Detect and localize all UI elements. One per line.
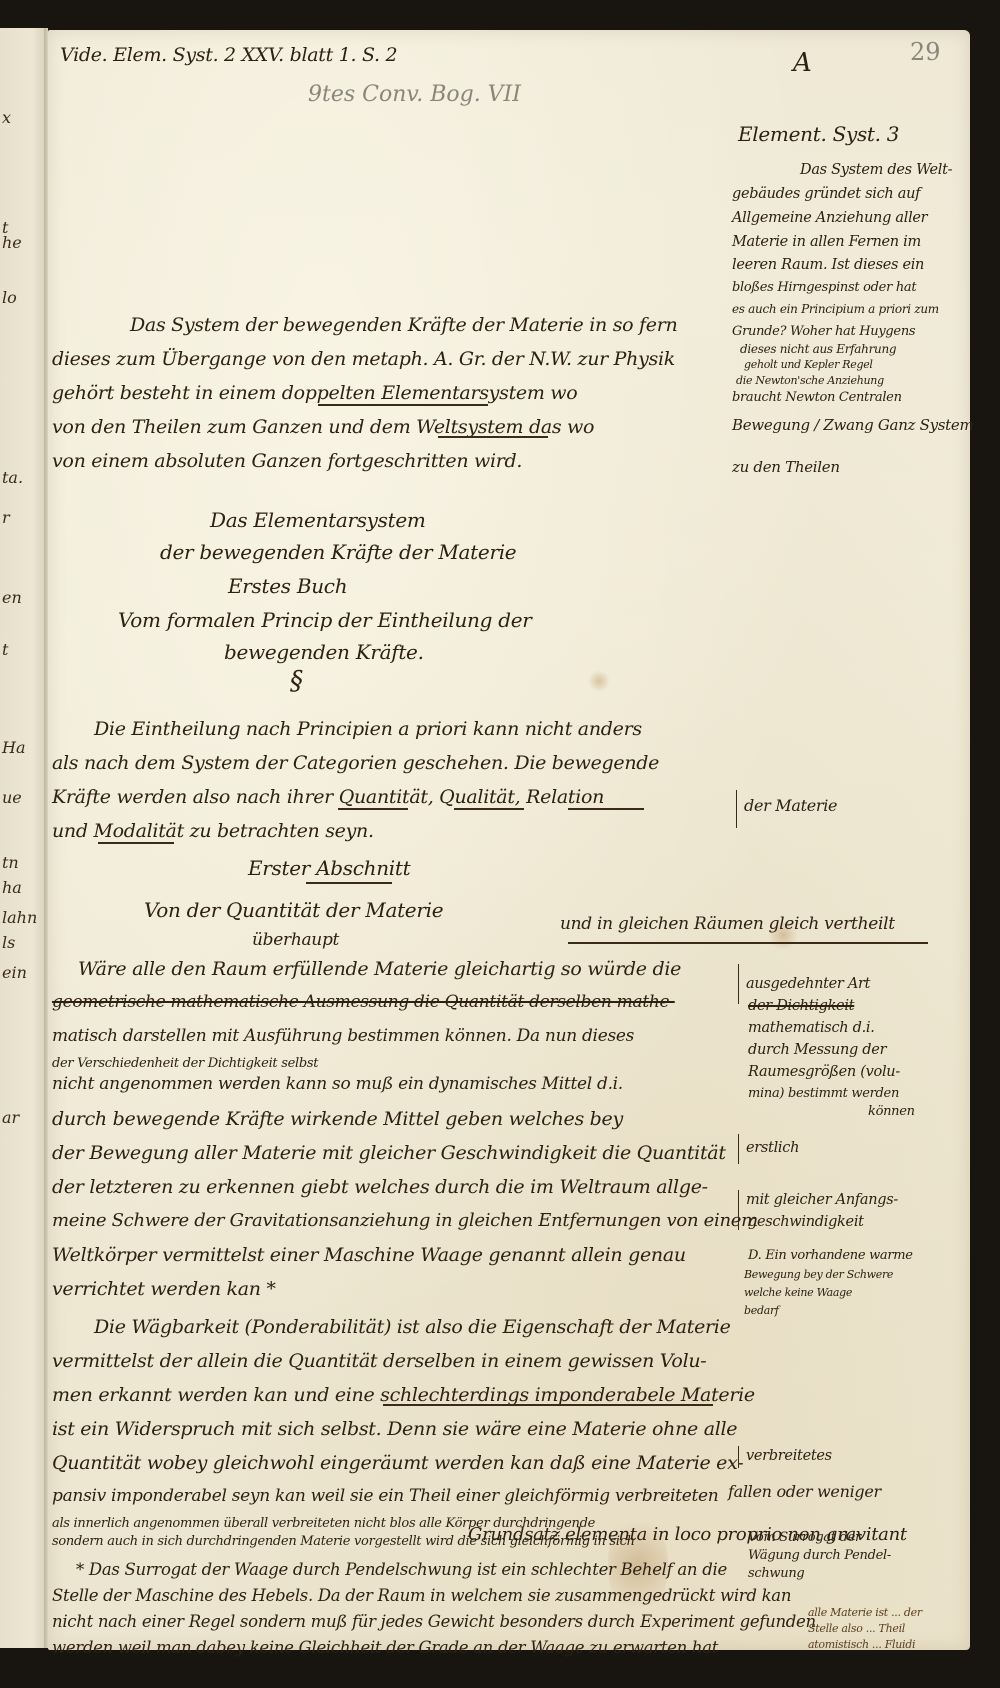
section-subtitle-2: überhaupt xyxy=(252,930,339,950)
margin-line: welche keine Waage xyxy=(744,1286,852,1299)
intro-line: Das System der bewegenden Kräfte der Mat… xyxy=(130,314,677,336)
prev-page-fragment: ls xyxy=(2,933,15,952)
margin-line: Materie in allen Fernen im xyxy=(732,234,921,250)
margin-line: Bewegung / Zwang Ganz System xyxy=(732,416,973,434)
prev-page-fragment: ein xyxy=(2,963,27,982)
margin-line: ausgedehnter Art xyxy=(746,976,870,992)
body-line: der letzteren zu erkennen giebt welches … xyxy=(52,1176,708,1198)
division-line: als nach dem System der Categorien gesch… xyxy=(52,752,659,774)
margin-line: es auch ein Principium a priori zum xyxy=(732,302,939,316)
underline-relation xyxy=(568,808,644,810)
folio-number: 29 xyxy=(910,38,941,66)
prev-page-fragment: he xyxy=(2,233,22,252)
prev-page-fragment: x xyxy=(2,108,11,127)
prev-page-fragment: ar xyxy=(2,1108,19,1127)
footnote-line: Stelle der Maschine des Hebels. Da der R… xyxy=(52,1586,791,1605)
margin-line: Vom Surrogat der xyxy=(748,1530,861,1545)
header-pencil-note: 9tes Conv. Bog. VII xyxy=(308,82,521,107)
margin-line: verbreitetes xyxy=(746,1448,832,1464)
margin-line: können xyxy=(868,1104,915,1119)
body-line: Wäre alle den Raum erfüllende Materie gl… xyxy=(78,958,681,980)
margin-bracket xyxy=(738,1190,739,1230)
margin-bracket xyxy=(736,790,737,828)
margin-line: braucht Newton Centralen xyxy=(732,390,902,405)
body-line: meine Schwere der Gravitationsanziehung … xyxy=(52,1210,758,1231)
margin-line: Grunde? Woher hat Huygens xyxy=(732,324,915,339)
body-line: men erkannt werden kan und eine schlecht… xyxy=(52,1384,755,1406)
division-line: und Modalität zu betrachten seyn. xyxy=(52,820,374,842)
margin-note-der-materie: der Materie xyxy=(744,796,837,815)
section-heading: Erster Abschnitt xyxy=(248,856,410,880)
prev-page-fragment: Ha xyxy=(2,738,26,757)
margin-line-struck: der Dichtigkeit xyxy=(748,998,854,1014)
margin-bracket xyxy=(738,1134,739,1164)
margin-line: D. Ein vorhandene warme xyxy=(748,1248,913,1263)
division-line: Kräfte werden also nach ihrer Quantität,… xyxy=(52,786,604,808)
underline-qualitaet xyxy=(454,808,524,810)
margin-line: Raumesgrößen (volu- xyxy=(748,1064,900,1080)
underline-modalitaet xyxy=(98,842,174,844)
prev-page-fragment: lahn xyxy=(2,908,37,927)
body-line: der Bewegung aller Materie mit gleicher … xyxy=(52,1142,726,1164)
margin-line: mathematisch d.i. xyxy=(748,1020,875,1036)
body-line: Weltkörper vermittelst einer Maschine Wa… xyxy=(52,1244,686,1266)
margin-line: Bewegung bey der Schwere xyxy=(744,1268,893,1281)
margin-line: atomistisch ... Fluidi xyxy=(808,1638,915,1651)
body-line: nicht angenommen werden kann so muß ein … xyxy=(52,1074,623,1094)
prev-page-fragment: ta. xyxy=(2,468,23,487)
underline-elementarsystem xyxy=(318,404,488,406)
margin-title: Element. Syst. 3 xyxy=(738,122,899,146)
ink-spot xyxy=(588,670,610,692)
margin-line: mit gleicher Anfangs- xyxy=(746,1192,898,1208)
margin-bracket xyxy=(738,964,739,1004)
margin-line: Allgemeine Anziehung aller xyxy=(732,210,927,226)
title-erstes-buch: Erstes Buch xyxy=(228,574,347,598)
margin-line: dieses nicht aus Erfahrung xyxy=(740,342,896,356)
margin-line: leeren Raum. Ist dieses ein xyxy=(732,257,924,273)
margin-line: Wägung durch Pendel- xyxy=(748,1548,891,1563)
prev-page-fragment: tn xyxy=(2,853,19,872)
division-line: Die Eintheilung nach Principien a priori… xyxy=(94,718,642,740)
margin-bracket xyxy=(738,1446,739,1468)
margin-line: alle Materie ist ... der xyxy=(808,1606,922,1619)
underline-imponderabel xyxy=(383,1404,713,1406)
footnote-line: werden weil man dabey keine Gleichheit d… xyxy=(52,1638,718,1657)
body-line: pansiv imponderabel seyn kan weil sie ei… xyxy=(52,1486,718,1506)
margin-note-erstlich: erstlich xyxy=(746,1140,799,1156)
body-line: verrichtet werden kan * xyxy=(52,1278,276,1300)
margin-line: mina) bestimmt werden xyxy=(748,1086,899,1101)
body-line: durch bewegende Kräfte wirkende Mittel g… xyxy=(52,1108,623,1130)
margin-line: geholt und Kepler Regel xyxy=(744,358,873,371)
adjacent-page-strip: x t he lo ta. r en t Ha ue tn ha lahn ls… xyxy=(0,28,46,1648)
title-kraefte: bewegenden Kräfte. xyxy=(224,640,424,664)
prev-page-fragment: ha xyxy=(2,878,22,897)
margin-line: bloßes Hirngespinst oder hat xyxy=(732,280,916,295)
title-elementarsystem: Das Elementarsystem xyxy=(210,508,426,532)
footnote-line: nicht nach einer Regel sondern muß für j… xyxy=(52,1612,816,1631)
title-formalen-princip: Vom formalen Princip der Eintheilung der xyxy=(118,608,532,632)
margin-line: zu den Theilen xyxy=(732,458,840,476)
underline-weltsystem xyxy=(438,436,548,438)
manuscript-leaf: Vide. Elem. Syst. 2 XXV. blatt 1. S. 2 9… xyxy=(48,30,970,1650)
prev-page-fragment: r xyxy=(2,508,10,527)
intro-line: dieses zum Übergange von den metaph. A. … xyxy=(52,348,675,370)
margin-line: Stelle also ... Theil xyxy=(808,1622,905,1635)
body-line: Die Wägbarkeit (Ponderabilität) ist also… xyxy=(94,1316,731,1338)
margin-line: geschwindigkeit xyxy=(748,1214,864,1230)
footnote-line: * Das Surrogat der Waage durch Pendelsch… xyxy=(76,1560,727,1579)
insert-rule xyxy=(568,942,928,944)
margin-line: schwung xyxy=(748,1566,804,1581)
section-subtitle: Von der Quantität der Materie xyxy=(144,898,443,922)
body-line: matisch darstellen mit Ausführung bestim… xyxy=(52,1026,634,1046)
title-bewegenden-kraefte: der bewegenden Kräfte der Materie xyxy=(160,540,516,564)
prev-page-fragment: ue xyxy=(2,788,22,807)
body-line-struck: geometrische mathematische Ausmessung di… xyxy=(52,992,675,1012)
header-ink-note: Vide. Elem. Syst. 2 XXV. blatt 1. S. 2 xyxy=(60,44,397,66)
body-line: vermittelst der allein die Quantität der… xyxy=(52,1350,706,1372)
intro-line: gehört besteht in einem doppelten Elemen… xyxy=(52,382,577,404)
prev-page-fragment: en xyxy=(2,588,22,607)
interlinear-insert: und in gleichen Räumen gleich vertheilt xyxy=(560,914,895,934)
underline-quantitaet xyxy=(338,808,408,810)
prev-page-fragment: lo xyxy=(2,288,17,307)
intro-line: von einem absoluten Ganzen fortgeschritt… xyxy=(52,450,522,472)
margin-line: Das System des Welt- xyxy=(800,162,952,178)
intro-line: von den Theilen zum Ganzen und dem Welts… xyxy=(52,416,594,438)
body-line: ist ein Widerspruch mit sich selbst. Den… xyxy=(52,1418,737,1440)
underline-abschnitt xyxy=(306,882,392,884)
body-line: Quantität wobey gleichwohl eingeräumt we… xyxy=(52,1452,743,1474)
sheet-letter: A xyxy=(793,48,811,78)
margin-line: durch Messung der xyxy=(748,1042,886,1058)
margin-line: bedarf xyxy=(744,1304,779,1317)
margin-line: fallen oder weniger xyxy=(728,1482,881,1501)
body-line-insert: der Verschiedenheit der Dichtigkeit selb… xyxy=(52,1056,318,1071)
prev-page-fragment: t xyxy=(2,640,8,659)
margin-line: die Newton'sche Anziehung xyxy=(736,374,884,387)
margin-line: gebäudes gründet sich auf xyxy=(732,186,920,202)
section-mark-icon: § xyxy=(290,666,303,696)
